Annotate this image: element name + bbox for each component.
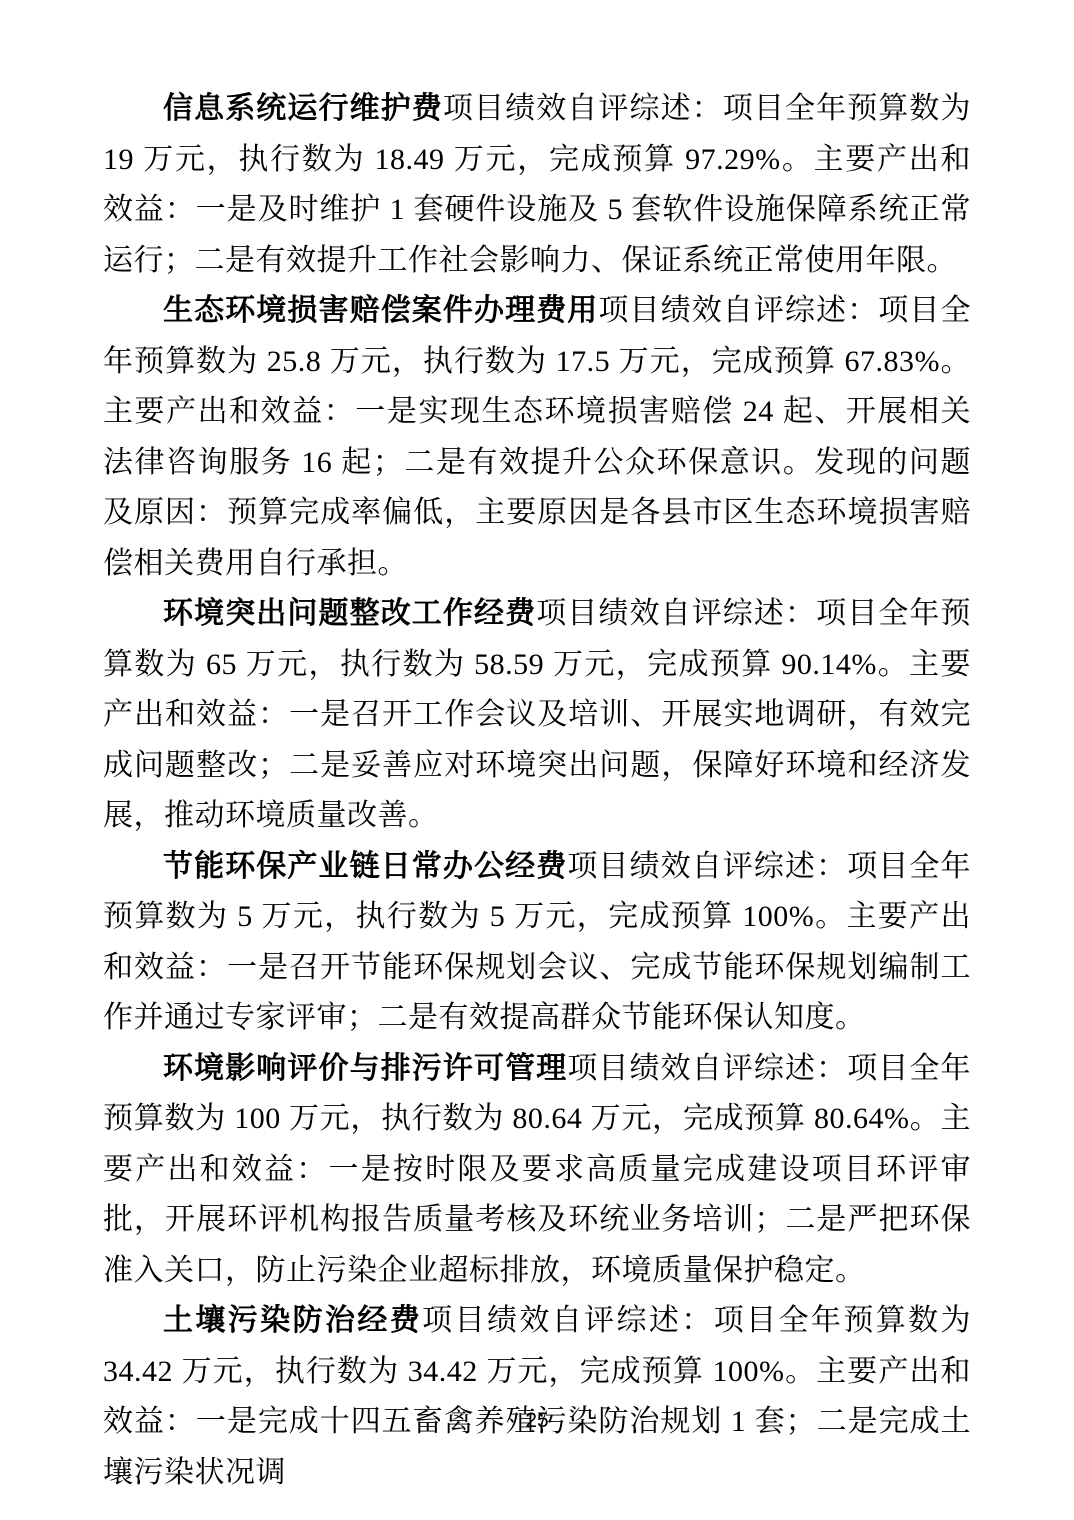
paragraph-heading: 环境影响评价与排污许可管理 <box>163 1052 567 1085</box>
document-body: 信息系统运行维护费项目绩效自评综述：项目全年预算数为 19 万元，执行数为 18… <box>103 84 971 1498</box>
paragraph-heading: 环境突出问题整改工作经费 <box>163 597 536 630</box>
page-number: 25 <box>0 1408 1074 1434</box>
paragraph-energy-saving-office-expense: 节能环保产业链日常办公经费项目绩效自评综述：项目全年预算数为 5 万元，执行数为… <box>103 842 971 1044</box>
paragraph-heading: 节能环保产业链日常办公经费 <box>163 850 567 883</box>
paragraph-heading: 生态环境损害赔偿案件办理费用 <box>163 294 598 327</box>
paragraph-body: 项目绩效自评综述：项目全年预算数为 65 万元，执行数为 58.59 万元，完成… <box>103 597 971 832</box>
document-page: 信息系统运行维护费项目绩效自评综述：项目全年预算数为 19 万元，执行数为 18… <box>0 0 1074 1520</box>
paragraph-environment-issue-rectification: 环境突出问题整改工作经费项目绩效自评综述：项目全年预算数为 65 万元，执行数为… <box>103 589 971 842</box>
paragraph-heading: 土壤污染防治经费 <box>163 1304 422 1337</box>
paragraph-soil-pollution-prevention: 土壤污染防治经费项目绩效自评综述：项目全年预算数为 34.42 万元，执行数为 … <box>103 1296 971 1498</box>
paragraph-body: 项目绩效自评综述：项目全年预算数为 25.8 万元，执行数为 17.5 万元，完… <box>103 294 971 580</box>
paragraph-eco-damage-compensation: 生态环境损害赔偿案件办理费用项目绩效自评综述：项目全年预算数为 25.8 万元，… <box>103 286 971 589</box>
paragraph-heading: 信息系统运行维护费 <box>163 92 443 125</box>
paragraph-eia-pollution-permit: 环境影响评价与排污许可管理项目绩效自评综述：项目全年预算数为 100 万元，执行… <box>103 1044 971 1297</box>
paragraph-body: 项目绩效自评综述：项目全年预算数为 100 万元，执行数为 80.64 万元，完… <box>103 1052 971 1287</box>
paragraph-info-system-maintenance: 信息系统运行维护费项目绩效自评综述：项目全年预算数为 19 万元，执行数为 18… <box>103 84 971 286</box>
